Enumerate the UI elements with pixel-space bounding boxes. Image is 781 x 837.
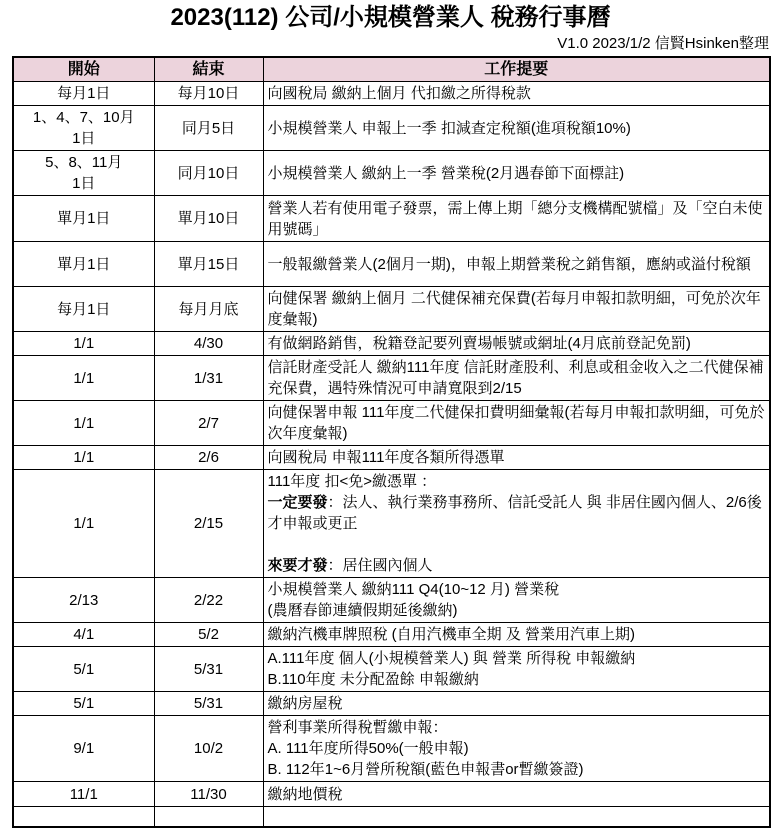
start-date-cell: 5/1 (13, 647, 154, 692)
version-note: V1.0 2023/1/2 信賢Hsinken整理 (12, 34, 769, 53)
end-date-cell: 同月10日 (154, 151, 263, 196)
end-date-cell: 4/30 (154, 332, 263, 356)
col-header-summary: 工作提要 (263, 57, 770, 82)
start-date-cell: 2/13 (13, 578, 154, 623)
col-header-end: 結束 (154, 57, 263, 82)
table-row: 1/1 2/6 向國稅局 申報111年度各類所得憑單 (13, 446, 770, 470)
end-date-cell: 10/2 (154, 716, 263, 782)
summary-text: ：法人、執行業務事務所、信託受託人 與 非居住國內個人、2/6後才申報或更正 (268, 494, 762, 532)
table-row: 1、4、7、10月 1日 同月5日 小規模營業人 申報上一季 扣減查定稅額(進項… (13, 106, 770, 151)
task-summary-cell: 向國稅局 申報111年度各類所得憑單 (263, 446, 770, 470)
task-summary-cell: 向健保署 繳納上個月 二代健保補充保費(若每月申報扣款明細，可免於次年度彙報) (263, 287, 770, 332)
table-row: 單月1日 單月15日 一般報繳營業人(2個月一期)，申報上期營業稅之銷售額，應納… (13, 242, 770, 287)
task-summary-cell: 小規模營業人 繳納111 Q4(10~12 月) 營業稅 (農曆春節連續假期延後… (263, 578, 770, 623)
table-row: 5/1 5/31 A.111年度 個人(小規模營業人) 與 營業 所得稅 申報繳… (13, 647, 770, 692)
task-summary-cell: 繳納房屋稅 (263, 692, 770, 716)
summary-emphasis: 一定要發 (268, 494, 328, 511)
end-date-cell (154, 807, 263, 827)
table-row: 每月1日 每月月底 向健保署 繳納上個月 二代健保補充保費(若每月申報扣款明細，… (13, 287, 770, 332)
end-date-cell: 單月15日 (154, 242, 263, 287)
task-summary-cell: 向國稅局 繳納上個月 代扣繳之所得稅款 (263, 82, 770, 106)
start-date-cell: 1、4、7、10月 1日 (13, 106, 154, 151)
task-summary-cell (263, 807, 770, 827)
end-date-cell: 2/22 (154, 578, 263, 623)
table-row: 4/1 5/2 繳納汽機車牌照稅 (自用汽機車全期 及 營業用汽車上期) (13, 623, 770, 647)
task-summary-cell: 小規模營業人 申報上一季 扣減查定稅額(進項稅額10%) (263, 106, 770, 151)
table-row: 5/1 5/31 繳納房屋稅 (13, 692, 770, 716)
start-date-cell: 單月1日 (13, 196, 154, 242)
summary-text: ：居住國內個人 (328, 557, 433, 574)
start-date-cell: 5/1 (13, 692, 154, 716)
summary-emphasis: 來要才發 (268, 557, 328, 574)
end-date-cell: 1/31 (154, 356, 263, 401)
end-date-cell: 每月月底 (154, 287, 263, 332)
task-summary-cell: 一般報繳營業人(2個月一期)，申報上期營業稅之銷售額，應納或溢付稅額 (263, 242, 770, 287)
start-date-cell: 1/1 (13, 332, 154, 356)
end-date-cell: 2/15 (154, 470, 263, 578)
table-row: 1/1 4/30 有做網路銷售，稅籍登記要列賣場帳號或網址(4月底前登記免罰) (13, 332, 770, 356)
task-summary-cell: 繳納汽機車牌照稅 (自用汽機車全期 及 營業用汽車上期) (263, 623, 770, 647)
task-summary-cell: 小規模營業人 繳納上一季 營業稅(2月遇春節下面標註) (263, 151, 770, 196)
start-date-cell: 1/1 (13, 356, 154, 401)
tax-calendar-table: 開始 結束 工作提要 每月1日 每月10日 向國稅局 繳納上個月 代扣繳之所得稅… (12, 56, 771, 828)
start-date-cell: 每月1日 (13, 82, 154, 106)
table-row: 每月1日 每月10日 向國稅局 繳納上個月 代扣繳之所得稅款 (13, 82, 770, 106)
end-date-cell: 2/7 (154, 401, 263, 446)
start-date-cell: 單月1日 (13, 242, 154, 287)
end-date-cell: 5/31 (154, 647, 263, 692)
end-date-cell: 同月5日 (154, 106, 263, 151)
table-row: 1/1 2/7 向健保署申報 111年度二代健保扣費明細彙報(若每月申報扣款明細… (13, 401, 770, 446)
start-date-cell: 5、8、11月 1日 (13, 151, 154, 196)
task-summary-cell: 營利事業所得稅暫繳申報： A. 111年度所得50%(一般申報) B. 112年… (263, 716, 770, 782)
table-row-clipped (13, 807, 770, 827)
table-row: 9/1 10/2 營利事業所得稅暫繳申報： A. 111年度所得50%(一般申報… (13, 716, 770, 782)
start-date-cell: 9/1 (13, 716, 154, 782)
summary-intro: 111年度 扣<免>繳憑單 ： (268, 473, 437, 490)
task-summary-cell: 繳納地價稅 (263, 782, 770, 807)
end-date-cell: 5/31 (154, 692, 263, 716)
col-header-start: 開始 (13, 57, 154, 82)
table-row: 2/13 2/22 小規模營業人 繳納111 Q4(10~12 月) 營業稅 (… (13, 578, 770, 623)
end-date-cell: 11/30 (154, 782, 263, 807)
end-date-cell: 2/6 (154, 446, 263, 470)
table-row: 1/1 1/31 信託財產受託人 繳納111年度 信託財產股利、利息或租金收入之… (13, 356, 770, 401)
task-summary-cell: 有做網路銷售，稅籍登記要列賣場帳號或網址(4月底前登記免罰) (263, 332, 770, 356)
start-date-cell: 每月1日 (13, 287, 154, 332)
start-date-cell (13, 807, 154, 827)
end-date-cell: 單月10日 (154, 196, 263, 242)
start-date-cell: 4/1 (13, 623, 154, 647)
task-summary-cell: A.111年度 個人(小規模營業人) 與 營業 所得稅 申報繳納 B.110年度… (263, 647, 770, 692)
table-row: 1/1 2/15 111年度 扣<免>繳憑單 ：一定要發：法人、執行業務事務所、… (13, 470, 770, 578)
document-page: 2023(112) 公司/小規模營業人 稅務行事曆 V1.0 2023/1/2 … (0, 0, 781, 837)
task-summary-cell: 111年度 扣<免>繳憑單 ：一定要發：法人、執行業務事務所、信託受託人 與 非… (263, 470, 770, 578)
table-row: 單月1日 單月10日 營業人若有使用電子發票，需上傳上期「總分支機構配號檔」及「… (13, 196, 770, 242)
end-date-cell: 每月10日 (154, 82, 263, 106)
start-date-cell: 1/1 (13, 401, 154, 446)
table-row: 5、8、11月 1日 同月10日 小規模營業人 繳納上一季 營業稅(2月遇春節下… (13, 151, 770, 196)
start-date-cell: 1/1 (13, 470, 154, 578)
header-row: 開始 結束 工作提要 (13, 57, 770, 82)
start-date-cell: 1/1 (13, 446, 154, 470)
task-summary-cell: 營業人若有使用電子發票，需上傳上期「總分支機構配號檔」及「空白未使用號碼」 (263, 196, 770, 242)
task-summary-cell: 向健保署申報 111年度二代健保扣費明細彙報(若每月申報扣款明細，可免於次年度彙… (263, 401, 770, 446)
start-date-cell: 11/1 (13, 782, 154, 807)
table-row: 11/1 11/30 繳納地價稅 (13, 782, 770, 807)
task-summary-cell: 信託財產受託人 繳納111年度 信託財產股利、利息或租金收入之二代健保補充保費，… (263, 356, 770, 401)
page-title: 2023(112) 公司/小規模營業人 稅務行事曆 (0, 3, 781, 33)
end-date-cell: 5/2 (154, 623, 263, 647)
